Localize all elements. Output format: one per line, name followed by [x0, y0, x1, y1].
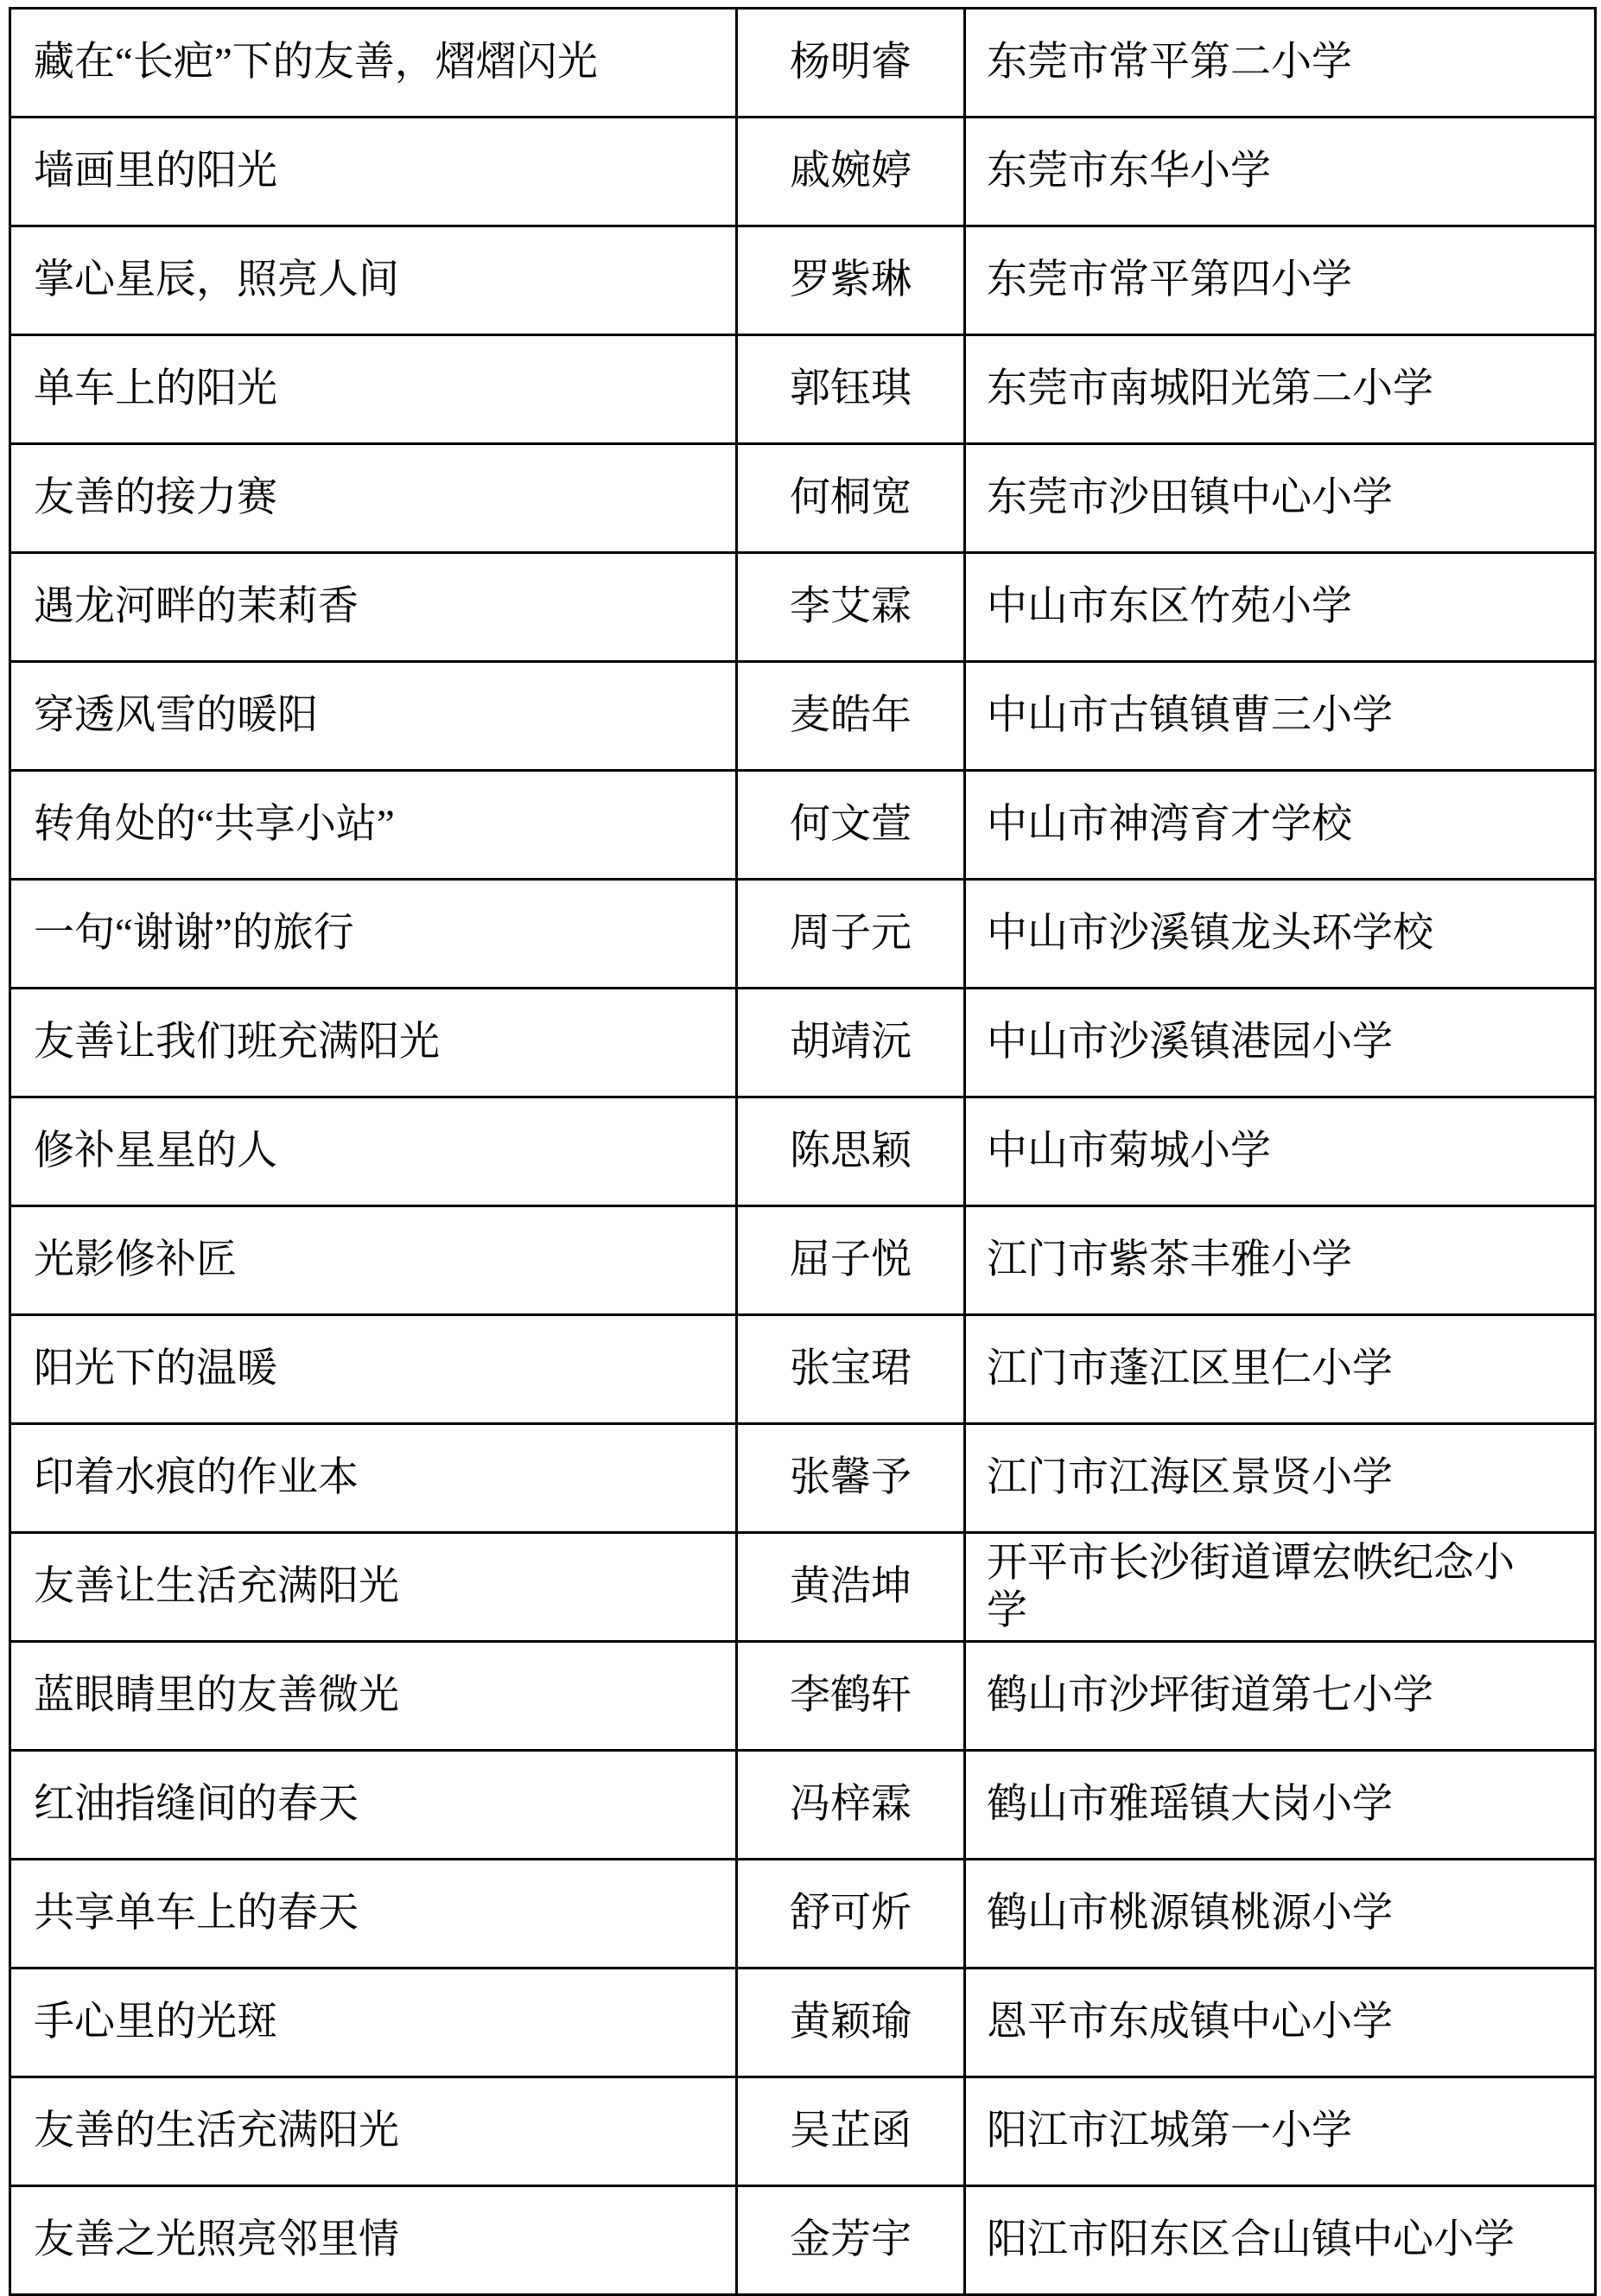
- school-name-cell: 中山市东区竹苑小学: [965, 553, 1596, 662]
- author-name-cell: 冯梓霖: [737, 1751, 965, 1860]
- author-name-cell: 黄浩坤: [737, 1533, 965, 1642]
- work-title-cell: 手心里的光斑: [10, 1968, 737, 2077]
- table-row: 一句“谢谢”的旅行 周子元 中山市沙溪镇龙头环学校: [10, 880, 1596, 989]
- author-name-cell: 戚婉婷: [737, 118, 965, 226]
- work-title-cell: 阳光下的温暖: [10, 1315, 737, 1424]
- school-name-cell: 鹤山市沙坪街道第七小学: [965, 1642, 1596, 1751]
- work-title-cell: 红油指缝间的春天: [10, 1751, 737, 1860]
- work-title-cell: 单车上的阳光: [10, 335, 737, 444]
- table-row: 友善让我们班充满阳光 胡靖沅 中山市沙溪镇港园小学: [10, 989, 1596, 1097]
- work-title-cell: 一句“谢谢”的旅行: [10, 880, 737, 989]
- school-name-cell: 鹤山市桃源镇桃源小学: [965, 1860, 1596, 1968]
- work-title-cell: 友善让我们班充满阳光: [10, 989, 737, 1097]
- work-title-cell: 共享单车上的春天: [10, 1860, 737, 1968]
- work-title-cell: 光影修补匠: [10, 1206, 737, 1315]
- school-name-cell: 东莞市常平第二小学: [965, 9, 1596, 118]
- author-name-cell: 陈思颖: [737, 1097, 965, 1206]
- table-row: 红油指缝间的春天 冯梓霖 鹤山市雅瑶镇大岗小学: [10, 1751, 1596, 1860]
- school-name-cell: 东莞市常平第四小学: [965, 226, 1596, 335]
- table-row: 墙画里的阳光 戚婉婷 东莞市东华小学: [10, 118, 1596, 226]
- author-name-cell: 麦皓年: [737, 662, 965, 771]
- author-name-cell: 屈子悦: [737, 1206, 965, 1315]
- author-name-cell: 舒可炘: [737, 1860, 965, 1968]
- author-name-cell: 何桐宽: [737, 444, 965, 553]
- school-name-cell: 中山市沙溪镇龙头环学校: [965, 880, 1596, 989]
- school-name-cell: 中山市沙溪镇港园小学: [965, 989, 1596, 1097]
- school-name-cell: 东莞市沙田镇中心小学: [965, 444, 1596, 553]
- author-name-cell: 张馨予: [737, 1424, 965, 1533]
- document-page: 藏在“长疤”下的友善，熠熠闪光 杨明睿 东莞市常平第二小学 墙画里的阳光 戚婉婷…: [0, 0, 1601, 2251]
- author-name-cell: 周子元: [737, 880, 965, 989]
- author-name-cell: 罗紫琳: [737, 226, 965, 335]
- work-title-cell: 墙画里的阳光: [10, 118, 737, 226]
- table-row: 单车上的阳光 郭钰琪 东莞市南城阳光第二小学: [10, 335, 1596, 444]
- school-name-cell: 江门市江海区景贤小学: [965, 1424, 1596, 1533]
- work-title-cell: 印着水痕的作业本: [10, 1424, 737, 1533]
- work-title-cell: 修补星星的人: [10, 1097, 737, 1206]
- author-name-cell: 黄颖瑜: [737, 1968, 965, 2077]
- work-title-cell: 友善让生活充满阳光: [10, 1533, 737, 1642]
- table-row: 友善之光照亮邻里情 金芳宇 阳江市阳东区合山镇中心小学: [10, 2186, 1596, 2295]
- table-row: 友善让生活充满阳光 黄浩坤 开平市长沙街道谭宏帙纪念小学: [10, 1533, 1596, 1642]
- school-name-cell: 东莞市东华小学: [965, 118, 1596, 226]
- table-row: 遇龙河畔的茉莉香 李艾霖 中山市东区竹苑小学: [10, 553, 1596, 662]
- table-row: 印着水痕的作业本 张馨予 江门市江海区景贤小学: [10, 1424, 1596, 1533]
- table-row: 光影修补匠 屈子悦 江门市紫茶丰雅小学: [10, 1206, 1596, 1315]
- school-name-cell: 江门市紫茶丰雅小学: [965, 1206, 1596, 1315]
- table-row: 藏在“长疤”下的友善，熠熠闪光 杨明睿 东莞市常平第二小学: [10, 9, 1596, 118]
- work-title-cell: 遇龙河畔的茉莉香: [10, 553, 737, 662]
- work-title-cell: 友善的接力赛: [10, 444, 737, 553]
- work-title-cell: 藏在“长疤”下的友善，熠熠闪光: [10, 9, 737, 118]
- author-name-cell: 杨明睿: [737, 9, 965, 118]
- author-name-cell: 金芳宇: [737, 2186, 965, 2295]
- author-name-cell: 胡靖沅: [737, 989, 965, 1097]
- author-name-cell: 郭钰琪: [737, 335, 965, 444]
- school-name-cell: 东莞市南城阳光第二小学: [965, 335, 1596, 444]
- author-name-cell: 何文萱: [737, 771, 965, 880]
- table-row: 阳光下的温暖 张宝珺 江门市蓬江区里仁小学: [10, 1315, 1596, 1424]
- work-title-cell: 友善之光照亮邻里情: [10, 2186, 737, 2295]
- table-row: 穿透风雪的暖阳 麦皓年 中山市古镇镇曹三小学: [10, 662, 1596, 771]
- school-name-cell: 江门市蓬江区里仁小学: [965, 1315, 1596, 1424]
- author-name-cell: 李鹤轩: [737, 1642, 965, 1751]
- work-title-cell: 友善的生活充满阳光: [10, 2077, 737, 2186]
- work-title-cell: 转角处的“共享小站”: [10, 771, 737, 880]
- work-title-cell: 蓝眼睛里的友善微光: [10, 1642, 737, 1751]
- work-title-cell: 掌心星辰，照亮人间: [10, 226, 737, 335]
- school-name-cell: 中山市古镇镇曹三小学: [965, 662, 1596, 771]
- school-name-cell: 鹤山市雅瑶镇大岗小学: [965, 1751, 1596, 1860]
- author-name-cell: 吴芷函: [737, 2077, 965, 2186]
- table-row: 掌心星辰，照亮人间 罗紫琳 东莞市常平第四小学: [10, 226, 1596, 335]
- table-row: 转角处的“共享小站” 何文萱 中山市神湾育才学校: [10, 771, 1596, 880]
- table-row: 蓝眼睛里的友善微光 李鹤轩 鹤山市沙坪街道第七小学: [10, 1642, 1596, 1751]
- table-row: 友善的接力赛 何桐宽 东莞市沙田镇中心小学: [10, 444, 1596, 553]
- work-title-cell: 穿透风雪的暖阳: [10, 662, 737, 771]
- school-name-cell: 阳江市阳东区合山镇中心小学: [965, 2186, 1596, 2295]
- school-name-cell: 阳江市江城第一小学: [965, 2077, 1596, 2186]
- school-name-cell: 中山市菊城小学: [965, 1097, 1596, 1206]
- table-row: 手心里的光斑 黄颖瑜 恩平市东成镇中心小学: [10, 1968, 1596, 2077]
- table-row: 友善的生活充满阳光 吴芷函 阳江市江城第一小学: [10, 2077, 1596, 2186]
- award-table: 藏在“长疤”下的友善，熠熠闪光 杨明睿 东莞市常平第二小学 墙画里的阳光 戚婉婷…: [9, 7, 1597, 2296]
- table-row: 修补星星的人 陈思颖 中山市菊城小学: [10, 1097, 1596, 1206]
- table-row: 共享单车上的春天 舒可炘 鹤山市桃源镇桃源小学: [10, 1860, 1596, 1968]
- author-name-cell: 张宝珺: [737, 1315, 965, 1424]
- award-table-body: 藏在“长疤”下的友善，熠熠闪光 杨明睿 东莞市常平第二小学 墙画里的阳光 戚婉婷…: [10, 9, 1596, 2295]
- school-name-cell: 开平市长沙街道谭宏帙纪念小学: [965, 1533, 1596, 1642]
- school-name-cell: 恩平市东成镇中心小学: [965, 1968, 1596, 2077]
- author-name-cell: 李艾霖: [737, 553, 965, 662]
- school-name-cell: 中山市神湾育才学校: [965, 771, 1596, 880]
